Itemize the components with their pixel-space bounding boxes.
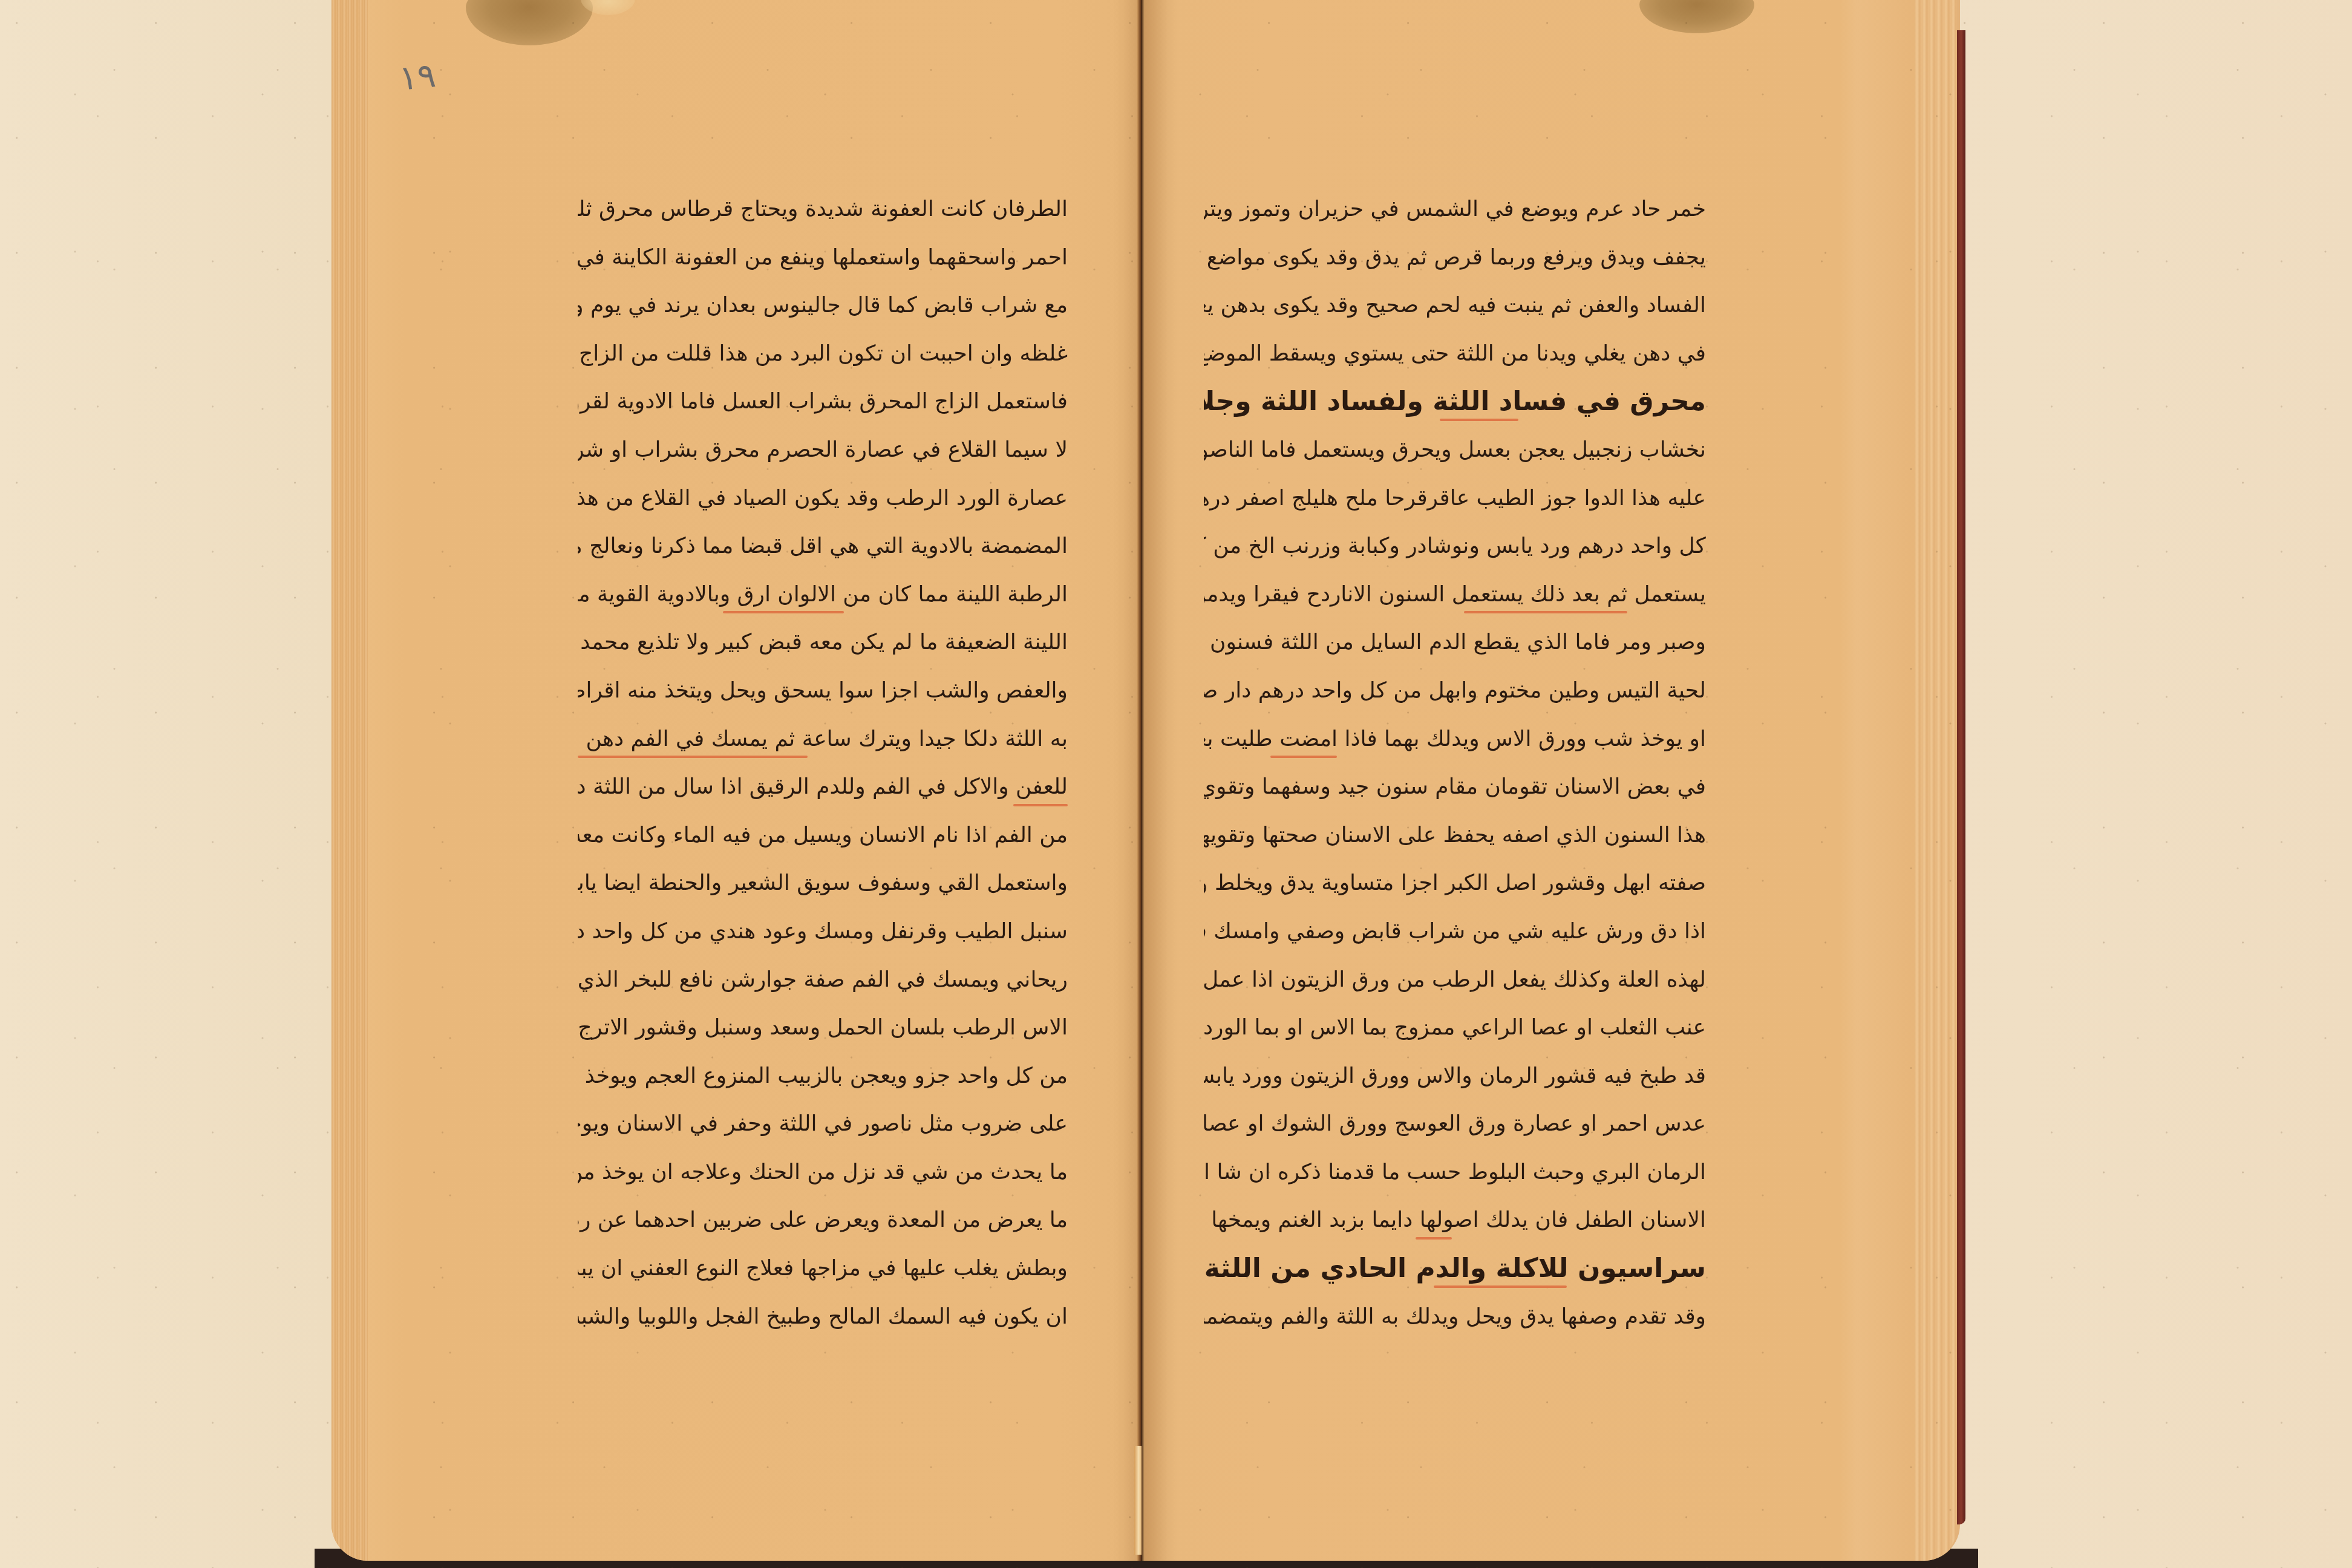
gutter-shadow-left xyxy=(1113,0,1140,1561)
manuscript-line: المضمضة بالادوية التي هي اقل قبضا مما ذك… xyxy=(578,522,1068,570)
manuscript-line: يجفف ويدق ويرفع وربما قرص ثم يدق وقد يكو… xyxy=(1204,234,1706,282)
manuscript-line: اللينة الضعيفة ما لم يكن معه قبض كبير ول… xyxy=(578,618,1068,667)
red-rubric-underline xyxy=(723,611,844,613)
folio-number: ١٩ xyxy=(397,56,438,99)
red-rubric-underline xyxy=(1416,1237,1452,1240)
paper-tab-strip xyxy=(1134,1446,1142,1555)
manuscript-line: الفساد والعفن ثم ينبت فيه لحم صحيح وقد ي… xyxy=(1204,281,1706,330)
red-rubric-underline xyxy=(1270,756,1337,758)
manuscript-line: سراسيون للاكلة والدم الحادي من اللثة يدل… xyxy=(1204,1244,1706,1293)
manuscript-line: نخشاب زنجبيل يعجن بعسل ويحرق ويستعمل فام… xyxy=(1204,426,1706,474)
manuscript-line: وصبر ومر فاما الذي يقطع الدم السايل من ا… xyxy=(1204,618,1706,667)
manuscript-line: والعفص والشب اجزا سوا يسحق ويحل ويتخذ من… xyxy=(578,667,1068,715)
manuscript-line: واستعمل القي وسفوف سويق الشعير والحنطة ا… xyxy=(578,859,1068,907)
manuscript-line: اذا دق ورش عليه شي من شراب قابض وصفي وام… xyxy=(1204,907,1706,956)
manuscript-line: ما يعرض من المعدة ويعرض على ضربين احدهما… xyxy=(578,1196,1068,1244)
manuscript-line: ان يكون فيه السمك المالح وطبيخ الفجل وال… xyxy=(578,1293,1068,1341)
manuscript-line: في دهن يغلي ويدنا من اللثة حتى يستوي ويس… xyxy=(1204,330,1706,378)
right-page-text: خمر حاد عرم ويوضع في الشمس في حزيران وتم… xyxy=(1204,185,1706,1341)
manuscript-line: فاستعمل الزاج المحرق بشراب العسل فاما ال… xyxy=(578,377,1068,426)
manuscript-line: الطرفان كانت العفونة شديدة ويحتاج قرطاس … xyxy=(578,185,1068,234)
manuscript-line: من كل واحد جزو ويعجن بالزبيب المنزوع الع… xyxy=(578,1052,1068,1100)
red-rubric-underline xyxy=(1464,611,1627,613)
manuscript-line: وقد تقدم وصفها يدق ويحل ويدلك به اللثة و… xyxy=(1204,1293,1706,1341)
manuscript-line: عصارة الورد الرطب وقد يكون الصياد في الق… xyxy=(578,474,1068,523)
red-rubric-underline xyxy=(1013,804,1068,806)
gutter-shadow-right xyxy=(1145,0,1178,1561)
manuscript-line: محرق في فساد اللثة ولفساد اللثة وجلا الا… xyxy=(1204,377,1706,426)
manuscript-line: قد طبخ فيه قشور الرمان والاس وورق الزيتو… xyxy=(1204,1052,1706,1100)
left-page-text: الطرفان كانت العفونة شديدة ويحتاج قرطاس … xyxy=(578,185,1068,1341)
manuscript-line: هذا السنون الذي اصفه يحفظ على الاسنان صح… xyxy=(1204,811,1706,860)
manuscript-line: او يوخذ شب وورق الاس ويدلك بهما فاذا امض… xyxy=(1204,715,1706,763)
manuscript-line: يستعمل ثم بعد ذلك يستعمل السنون الاناردح… xyxy=(1204,570,1706,619)
manuscript-line: خمر حاد عرم ويوضع في الشمس في حزيران وتم… xyxy=(1204,185,1706,234)
manuscript-line: مع شراب قابض كما قال جالينوس بعدان يرند … xyxy=(578,281,1068,330)
book-gutter xyxy=(1137,0,1145,1561)
manuscript-line: غلظه وان احببت ان تكون البرد من هذا قللت… xyxy=(578,330,1068,378)
manuscript-line: لهذه العلة وكذلك يفعل الرطب من ورق الزيت… xyxy=(1204,956,1706,1004)
manuscript-line: عنب الثعلب او عصا الراعي ممزوج بما الاس … xyxy=(1204,1004,1706,1052)
red-rubric-underline xyxy=(1440,419,1518,421)
manuscript-line: في بعض الاسنان تقومان مقام سنون جيد وسفه… xyxy=(1204,763,1706,811)
manuscript-line: الرطبة اللينة مما كان من الالوان ارق وبا… xyxy=(578,570,1068,619)
left-page-edges xyxy=(332,0,368,1561)
manuscript-line: عليه هذا الدوا جوز الطيب عاقرقرحا ملح هل… xyxy=(1204,474,1706,523)
manuscript-line: على ضروب مثل ناصور في اللثة وحفر في الاس… xyxy=(578,1100,1068,1148)
red-rubric-underline xyxy=(578,756,808,758)
manuscript-line: سنبل الطيب وقرنفل ومسك وعود هندي من كل و… xyxy=(578,907,1068,956)
manuscript-line: كل واحد درهم ورد يابس ونوشادر وكبابة وزر… xyxy=(1204,522,1706,570)
manuscript-line: الاسنان الطفل فان يدلك اصولها دايما بزبد… xyxy=(1204,1196,1706,1244)
manuscript-line: ريحاني ويمسك في الفم صفة جوارشن نافع للب… xyxy=(578,956,1068,1004)
manuscript-line: الاس الرطب بلسان الحمل وسعد وسنبل وقشور … xyxy=(578,1004,1068,1052)
manuscript-line: ما يحدث من شي قد نزل من الحنك وعلاجه ان … xyxy=(578,1148,1068,1197)
right-page-edges xyxy=(1915,0,1957,1561)
manuscript-line: للعفن والاكل في الفم وللدم الرقيق اذا سا… xyxy=(578,763,1068,811)
manuscript-line: به اللثة دلكا جيدا ويترك ساعة ثم يمسك في… xyxy=(578,715,1068,763)
manuscript-line: لا سيما القلاع في عصارة الحصرم محرق بشرا… xyxy=(578,426,1068,474)
leather-cover-edge xyxy=(1957,30,1965,1524)
manuscript-line: وبطش يغلب عليها في مزاجها فعلاج النوع ال… xyxy=(578,1244,1068,1293)
manuscript-line: من الفم اذا نام الانسان ويسيل من فيه الم… xyxy=(578,811,1068,860)
manuscript-line: احمر واسحقهما واستعملها وينفع من العفونة… xyxy=(578,234,1068,282)
manuscript-line: الرمان البري وحبث البلوط حسب ما قدمنا ذك… xyxy=(1204,1148,1706,1197)
red-rubric-underline xyxy=(1434,1285,1567,1288)
manuscript-line: عدس احمر او عصارة ورق العوسج وورق الشوك … xyxy=(1204,1100,1706,1148)
manuscript-line: صفته ابهل وقشور اصل الكبر اجزا متساوية ي… xyxy=(1204,859,1706,907)
manuscript-line: لحية التيس وطين مختوم وابهل من كل واحد د… xyxy=(1204,667,1706,715)
